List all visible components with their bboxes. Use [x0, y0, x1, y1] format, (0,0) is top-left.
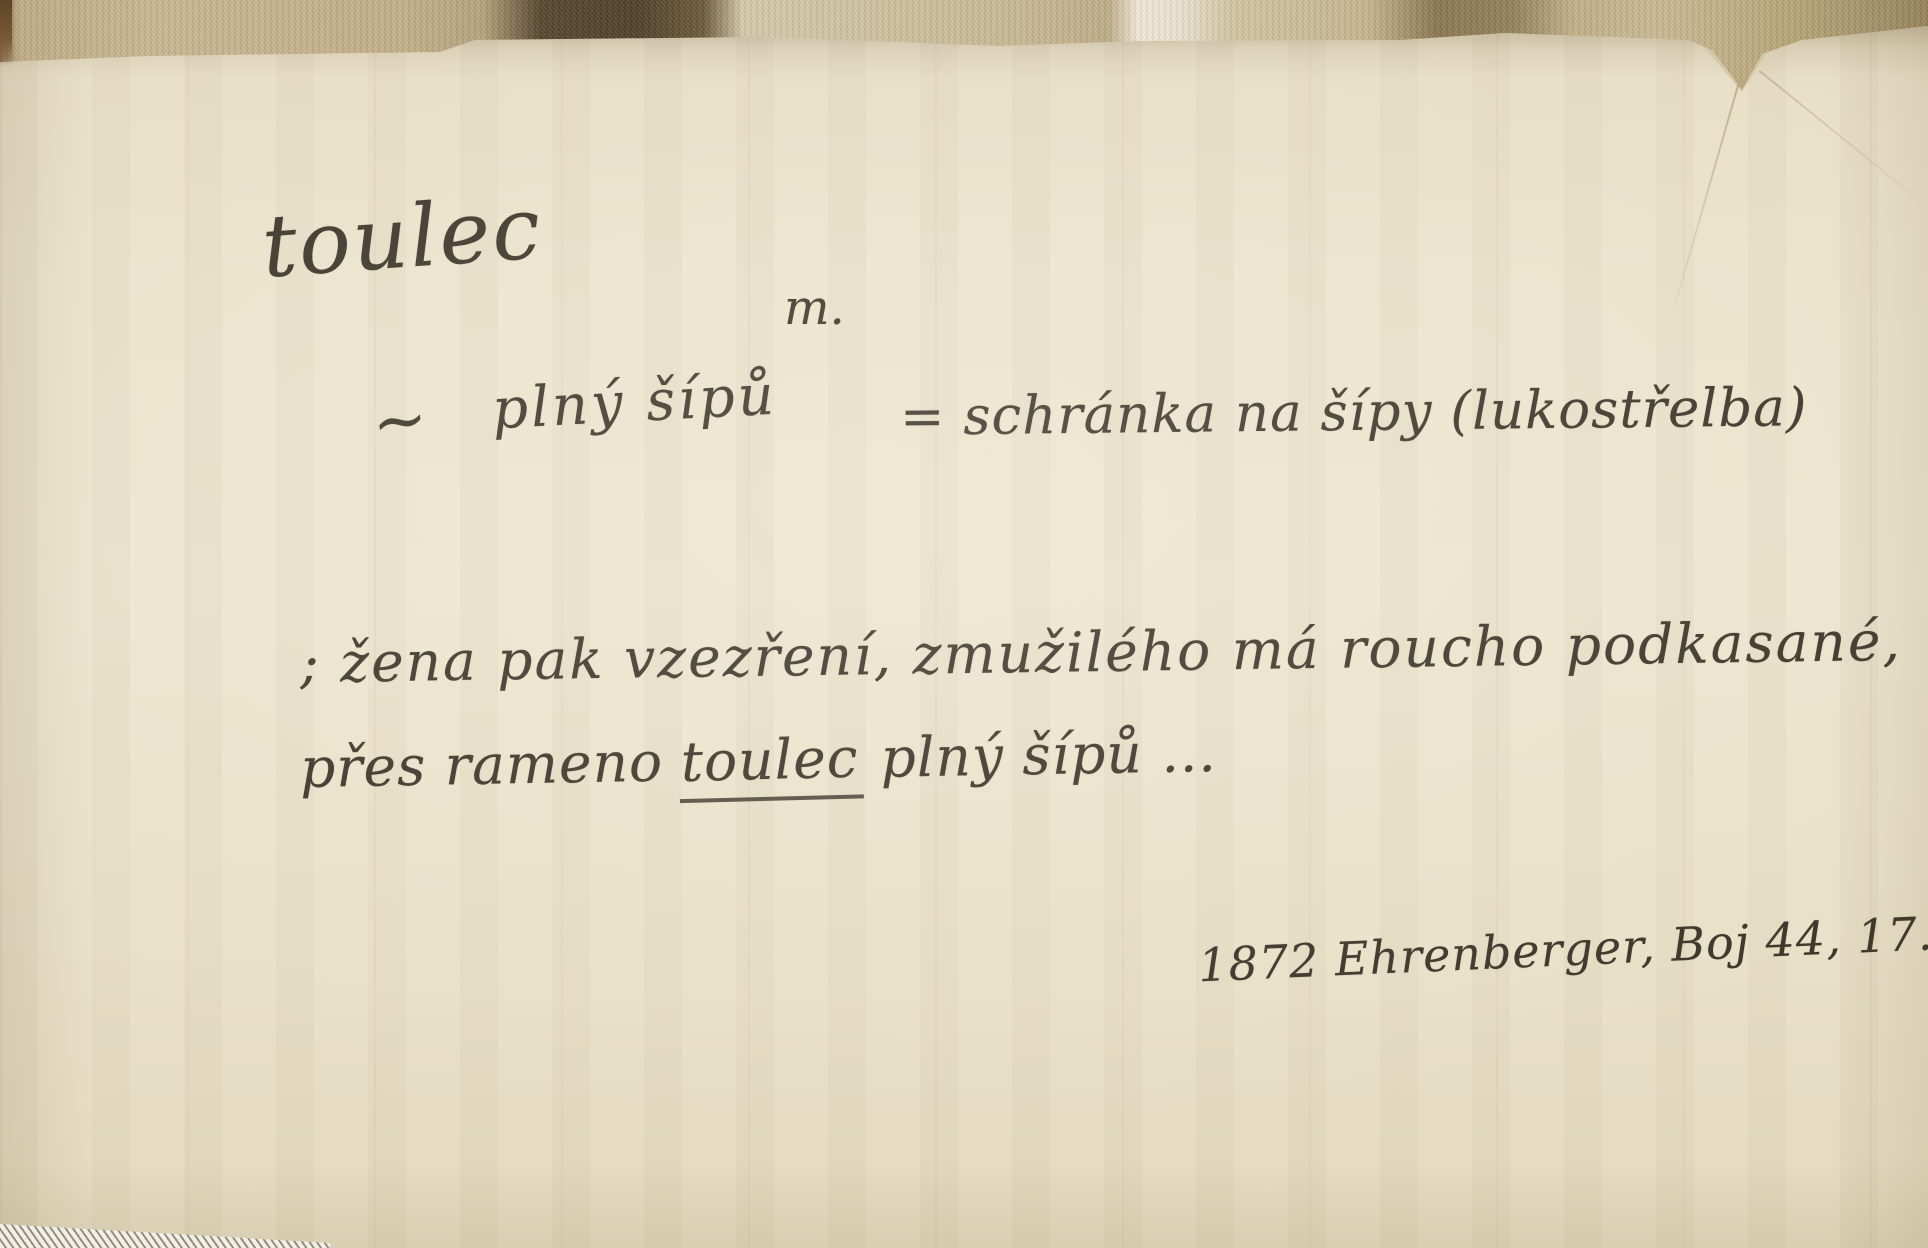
citation: 1872 Ehrenberger, Boj 44, 17.- — [1197, 906, 1928, 993]
paper-crease — [1673, 68, 1744, 309]
quotation-line-1: ; žena pak vzezření, zmužilého má roucho… — [300, 609, 1903, 695]
quotation-line-2-post: plný šípů ... — [880, 720, 1217, 790]
collocation-phrase: plný šípů — [490, 363, 778, 443]
underlined-keyword: toulec — [678, 725, 863, 803]
scan-edge-mark — [0, 0, 12, 66]
quotation-line-2-pre: přes rameno — [299, 730, 663, 800]
definition-text: = schránka na šípy (lukostřelba) — [900, 377, 1808, 447]
paper-crease — [1759, 70, 1928, 216]
paper-slip: toulec m. ~ plný šípů = schránka na šípy… — [0, 0, 1928, 1248]
quotation-line-2: přes ramenotoulecplný šípů ... — [299, 720, 1217, 809]
tilde-placeholder: ~ — [368, 379, 432, 462]
headword: toulec — [259, 178, 546, 297]
scanned-document: { "slip": { "headword": "toulec", "gende… — [0, 0, 1928, 1248]
gender-marker: m. — [784, 280, 845, 336]
